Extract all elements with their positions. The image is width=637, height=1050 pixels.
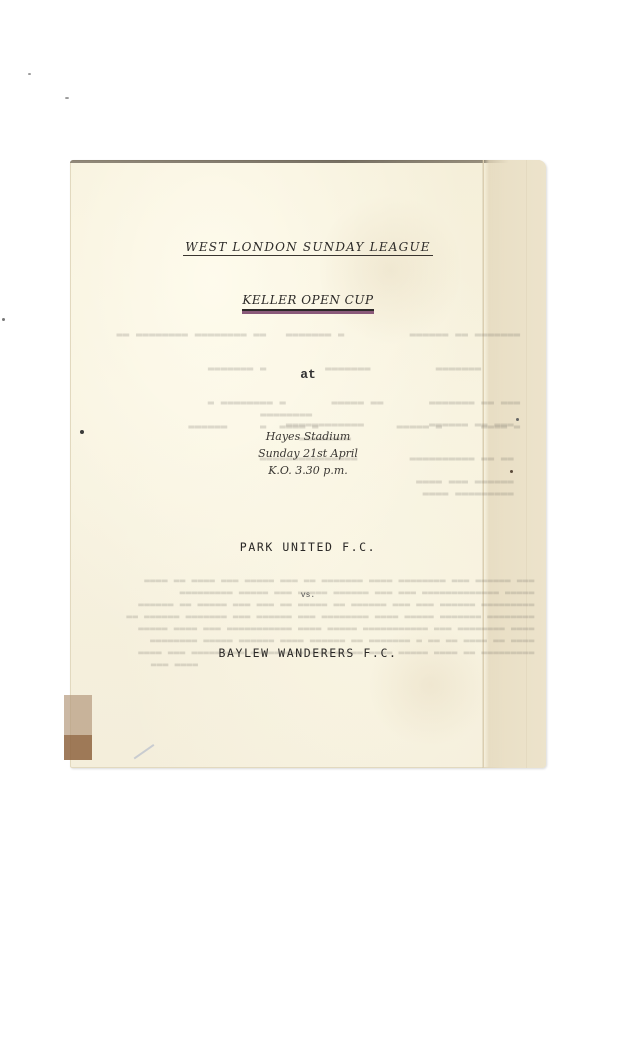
programme-page: ▂▂▂▂▂▂▂ ▂▂ ▂▂▂▂▂▂ ▂ ▂▂▂▂▂▂▂ ▂▂ ▂▂▂▂▂▂▂▂ … <box>70 160 546 768</box>
away-team: BAYLEW WANDERERS F.C. <box>70 646 546 660</box>
home-team: PARK UNITED F.C. <box>70 540 546 554</box>
page-speck <box>80 430 84 434</box>
pencil-mark <box>126 733 155 760</box>
competition-title-text: KELLER OPEN CUP <box>242 293 373 311</box>
kickoff-time: K.O. 3.30 p.m. <box>70 462 546 479</box>
reverse-bleed-through: ▂▂▂ ▂▂▂▂▂▂ ▂▂▂ ▂▂▂▂▂▂▂▂ ▂▂▂▂ ▂▂▂▂▂▂▂ ▂▂ … <box>70 560 546 680</box>
scan-speck <box>2 318 5 321</box>
scan-speck <box>65 97 69 99</box>
match-details: Hayes Stadium Sunday 21st April K.O. 3.3… <box>70 428 546 479</box>
at-label: at <box>70 367 546 382</box>
scan-speck <box>28 73 31 75</box>
brown-stain <box>64 735 92 760</box>
competition-title: KELLER OPEN CUP <box>70 293 546 311</box>
league-title: WEST LONDON SUNDAY LEAGUE <box>70 240 546 256</box>
page-speck <box>510 470 513 473</box>
match-date: Sunday 21st April <box>70 445 546 462</box>
versus-label: vs. <box>70 591 546 600</box>
league-title-text: WEST LONDON SUNDAY LEAGUE <box>183 240 432 256</box>
tape-residue-stain <box>64 695 92 735</box>
page-speck <box>516 418 519 421</box>
venue: Hayes Stadium <box>70 428 546 445</box>
